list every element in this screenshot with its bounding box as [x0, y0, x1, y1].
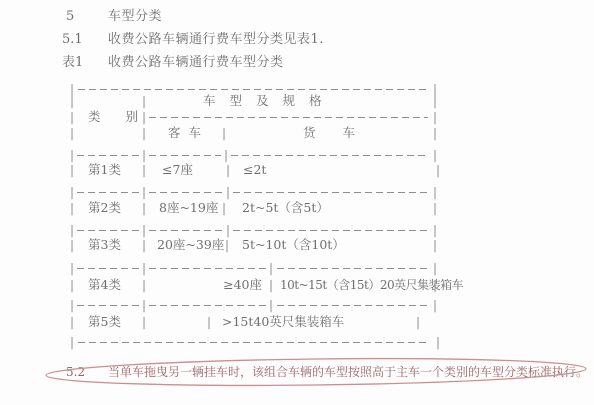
table-border-pipe [433, 187, 437, 198]
table-rule [149, 268, 266, 269]
table-rule [233, 192, 428, 193]
header-passenger-car: 客车 [168, 126, 209, 140]
table-border-pipe [416, 315, 420, 329]
table-border-pipe [222, 126, 226, 140]
table-row-class1: 第1类 ≤7座 ≤2t [0, 163, 594, 177]
table-border-pipe [142, 187, 146, 198]
clause-text: 当单车拖曳另一辆挂车时，该组合车辆的车型按照高于主车一个类别的车型分类标准执行。 [108, 364, 588, 380]
table-border-pipe [70, 238, 74, 252]
table-border-pipe [70, 110, 74, 124]
table-rule [149, 155, 221, 156]
table-header-group-row: 车型及规格 [0, 94, 594, 108]
cell-truck: ≤2t [243, 163, 266, 177]
table-border-pipe [70, 187, 74, 198]
table-rule [77, 155, 139, 156]
table-row-class5: 第5类 >15t40英尺集装箱车 [0, 315, 594, 329]
table-rule [77, 230, 139, 231]
table-border-pipe [70, 300, 74, 311]
table-border-pipe [142, 225, 146, 236]
header-truck: 货车 [303, 126, 382, 140]
table-border-pipe [142, 126, 146, 140]
table-border-pipe [433, 238, 437, 252]
section-title: 车型分类 [108, 8, 162, 26]
table-border-pipe [433, 201, 437, 215]
cell-truck: 5t~10t（含10t） [242, 238, 345, 252]
cell-category: 第2类 [88, 201, 121, 215]
table-header-subcols-row: 客车 货车 [0, 126, 594, 140]
cell-passenger: ≤7座 [162, 163, 193, 177]
table-border-pipe [433, 225, 437, 236]
table-border-pipe [70, 263, 74, 274]
table-number: 表1 [62, 54, 83, 72]
table-border-pipe [224, 150, 228, 161]
cell-truck: 10t~15t（含15t）20英尺集装箱车 [280, 278, 463, 292]
table-border-pipe [142, 201, 146, 215]
section-number: 5 [66, 8, 74, 26]
table-border-pipe [222, 201, 226, 215]
table-border-pipe [70, 201, 74, 215]
table-border-pipe [70, 163, 74, 177]
cell-passenger: 8座~19座 [159, 201, 218, 215]
table-border-pipe [70, 94, 74, 108]
table-rule [78, 342, 430, 343]
table-border-pipe [433, 126, 437, 140]
table-rule [231, 155, 428, 156]
table-border-pipe [70, 337, 74, 348]
table-border-pipe [142, 94, 146, 108]
table-row-class4: 第4类 ≥40座 10t~15t（含15t）20英尺集装箱车 [0, 278, 594, 292]
table-border-pipe [70, 225, 74, 236]
table-rule [277, 268, 428, 269]
table-rule-row [0, 225, 594, 236]
table-rule [149, 230, 223, 231]
table-rule [149, 117, 428, 118]
heading-section-5: 5 车型分类 [0, 8, 594, 26]
cell-passenger: ≥40座 [143, 278, 262, 292]
table-rule-row [0, 187, 594, 198]
table-border-pipe [142, 300, 146, 311]
table-rule-row [0, 263, 594, 274]
table-bottom-border [0, 337, 594, 348]
table-rule-row [0, 150, 594, 161]
cell-category: 第5类 [88, 315, 121, 329]
heading-section-5-1: 5.1 收费公路车辆通行费车型分类见表1. [0, 31, 594, 49]
table-rule [77, 305, 139, 306]
cell-category: 第4类 [88, 278, 121, 292]
table-rule-row [0, 300, 594, 311]
table-border-pipe [436, 337, 440, 348]
table-border-pipe [269, 300, 273, 311]
table-row-class3: 第3类 20座~39座 5t~10t（含10t） [0, 238, 594, 252]
cell-truck: 2t~5t（含5t） [242, 201, 329, 215]
table-rule [149, 305, 266, 306]
table-rule [233, 230, 428, 231]
table-border-pipe [142, 150, 146, 161]
table-header-category-row: 类别 [0, 110, 594, 124]
table-border-pipe [433, 110, 437, 124]
table-border-pipe [436, 163, 440, 177]
table-border-pipe [70, 126, 74, 140]
table-border-pipe [207, 315, 211, 329]
table-caption-text: 收费公路车辆通行费车型分类 [108, 54, 284, 72]
cell-passenger: 20座~39座 [157, 238, 224, 252]
table-border-pipe [433, 150, 437, 161]
table-border-pipe [226, 187, 230, 198]
table-border-pipe [269, 263, 273, 274]
table-border-pipe [142, 163, 146, 177]
cell-category: 第1类 [88, 163, 121, 177]
section-number: 5.1 [62, 31, 83, 49]
table-border-pipe [433, 263, 437, 274]
table-row-class2: 第2类 8座~19座 2t~5t（含5t） [0, 201, 594, 215]
table-border-pipe [226, 163, 230, 177]
table-rule [277, 305, 428, 306]
cell-category: 第3类 [88, 238, 121, 252]
heading-table-caption: 表1 收费公路车辆通行费车型分类 [0, 54, 594, 72]
table-border-pipe [70, 150, 74, 161]
table-rule [77, 192, 139, 193]
table-border-pipe [142, 263, 146, 274]
table-border-pipe [225, 238, 229, 252]
table-border-pipe [70, 278, 74, 292]
header-vehicle-type-spec: 车型及规格 [203, 94, 336, 108]
section-text: 收费公路车辆通行费车型分类见表1. [108, 31, 324, 49]
table-rule [78, 89, 428, 90]
table-border-pipe [269, 278, 273, 292]
clause-5-2: 5.2 当单车拖曳另一辆挂车时，该组合车辆的车型按照高于主车一个类别的车型分类标… [0, 364, 594, 380]
table-border-pipe [70, 315, 74, 329]
table-border-pipe [433, 94, 437, 108]
table-border-pipe [142, 238, 146, 252]
clause-number: 5.2 [66, 364, 85, 380]
table-rule [77, 268, 139, 269]
table-border-pipe [433, 300, 437, 311]
document-page: 5 车型分类 5.1 收费公路车辆通行费车型分类见表1. 表1 收费公路车辆通行… [0, 0, 594, 405]
table-border-pipe [226, 225, 230, 236]
table-rule [149, 192, 223, 193]
cell-truck: >15t40英尺集装箱车 [222, 315, 344, 329]
table-border-pipe [142, 315, 146, 329]
